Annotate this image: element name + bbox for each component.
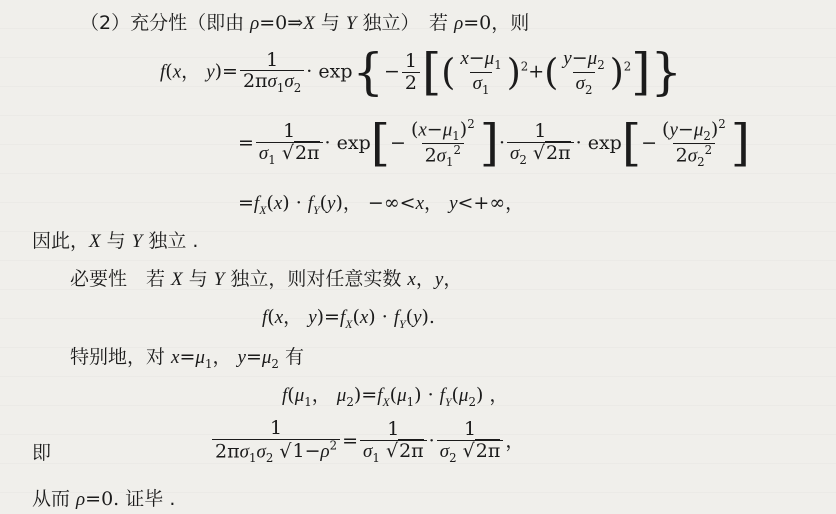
label-ji: 即 (32, 438, 51, 465)
equation-joint-pdf: f(x， y)=12πσ1σ2· exp{−12[(x−μ1σ1)2+(y−μ2… (160, 48, 682, 97)
special-case-statement: 特别地，对 x=μ1， y=μ2 有 (70, 342, 304, 371)
equation-factored: =1σ1 √2π· exp[−(x−μ1)22σ12]·1σ2 √2π· exp… (238, 118, 750, 170)
equation-independence: f(x， y)=fX(x) · fY(y). (262, 302, 435, 332)
equation-special-case: f(μ1， μ2)=fX(μ1) · fY(μ2) ， (282, 380, 508, 410)
equation-product: =fX(x) · fY(y)， −∞<x， y<+∞， (238, 188, 524, 218)
conclusion-rho-zero: 从而 ρ=0. 证毕 . (32, 484, 175, 511)
equation-final: 12πσ1σ2 √1−ρ2=1σ1 √2π·1σ2 √2π， (210, 418, 524, 466)
section-heading: （2）充分性（即由 ρ=0⇒X 与 Y 独立） 若 ρ=0，则 (80, 8, 529, 35)
conclusion-independent: 因此，X 与 Y 独立 . (32, 226, 198, 253)
necessity-statement: 必要性 若 X 与 Y 独立，则对任意实数 x，y， (70, 264, 462, 291)
